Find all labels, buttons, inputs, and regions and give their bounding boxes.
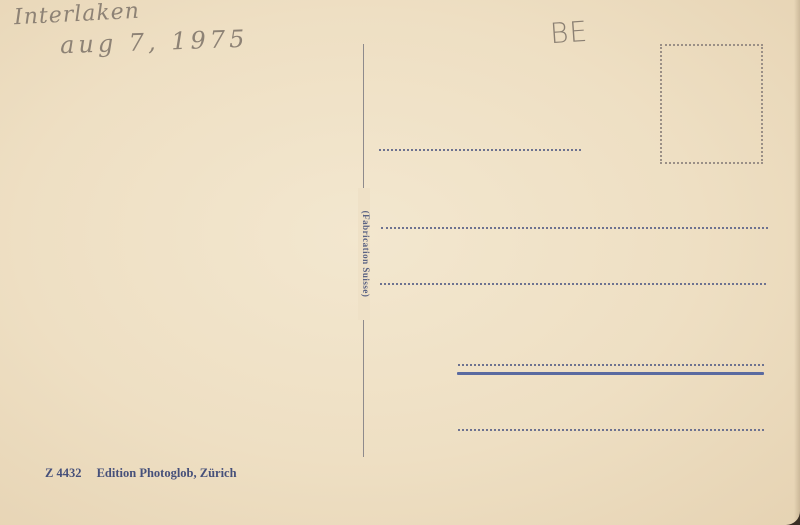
stamp-placeholder-box	[660, 44, 763, 164]
address-line-1	[379, 149, 581, 151]
postcard-back: Interlaken aug 7, 1975 BE (Fabrication S…	[0, 0, 800, 525]
address-underline	[457, 372, 764, 375]
card-edge-shadow	[794, 0, 800, 525]
publisher-code: Z 4432	[45, 466, 81, 480]
publisher-name: Edition Photoglob, Zürich	[97, 466, 237, 480]
address-line-4	[458, 364, 764, 366]
fabrication-imprint: (Fabrication Suisse)	[361, 211, 371, 298]
handwritten-place: Interlaken	[13, 0, 140, 30]
address-line-3	[380, 283, 766, 285]
address-line-2	[381, 227, 768, 229]
address-line-5	[458, 429, 764, 431]
handwritten-date: aug 7, 1975	[60, 25, 249, 60]
handwritten-region-code: BE	[549, 15, 589, 51]
publisher-imprint: Z 4432 Edition Photoglob, Zürich	[45, 466, 237, 481]
